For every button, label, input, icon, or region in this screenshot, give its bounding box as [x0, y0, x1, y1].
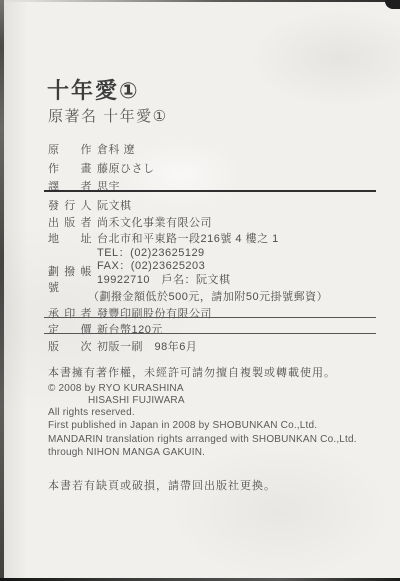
credit-row-postal-note: （劃撥金額低於500元，請加附50元掛號郵資） — [48, 289, 328, 303]
copyright-artist: HISASHI FUJIWARA — [88, 395, 185, 406]
row-divider — [44, 317, 376, 318]
replacement-notice: 本書若有缺頁或破損，請帶回出版社更換。 — [48, 477, 276, 493]
colophon-page: 十年愛① 原著名 十年愛① 原 作 倉科 遼 作 畫 藤原ひさし 譯 者 思宇 … — [0, 0, 400, 581]
scan-corner-mark — [385, 0, 400, 9]
credit-value: 尚禾文化事業有限公司 — [97, 214, 212, 230]
credit-value: 倉科 遼 — [97, 141, 135, 157]
credit-value: 初版一刷 98年6月 — [97, 338, 197, 354]
credit-label: 原 作 — [48, 141, 92, 157]
credit-label: 發行人 — [48, 197, 92, 213]
credit-value: 阮文棋 — [97, 197, 132, 213]
copyright-first-published: First published in Japan in 2008 by SHOB… — [48, 420, 317, 431]
credit-row-artist: 作 畫 藤原ひさし — [48, 161, 155, 175]
credit-row-original-author: 原 作 倉科 遼 — [48, 142, 135, 156]
credit-row-postal-account: 劃撥帳號 19922710 戶名：阮文棋 — [48, 272, 230, 286]
copyright-year-author: © 2008 by RYO KURASHINA — [48, 383, 184, 394]
copyright-translation-rights: MANDARIN translation rights arranged wit… — [48, 434, 357, 445]
copyright-statement-cjk: 本書擁有著作權，未經許可請勿擅自複製或轉載使用。 — [48, 364, 336, 380]
credit-label: 定 價 — [48, 321, 92, 337]
credit-row-publisher-company: 出版者 尚禾文化事業有限公司 — [48, 215, 212, 229]
credit-label: 出版者 — [48, 214, 92, 230]
credit-label: 版 次 — [48, 338, 92, 354]
credit-value: 發豐印刷股份有限公司 — [97, 305, 212, 321]
credit-value: 19922710 戶名：阮文棋 — [97, 271, 230, 287]
original-title: 原著名 十年愛① — [48, 105, 168, 126]
copyright-through-agency: through NIHON MANGA GAKUIN. — [48, 447, 205, 458]
credit-label: 地 址 — [48, 230, 92, 246]
credit-label: 作 畫 — [48, 160, 92, 176]
book-title: 十年愛① — [47, 74, 140, 105]
credit-label: 承印者 — [48, 305, 92, 321]
copyright-rights-reserved: All rights reserved. — [48, 407, 135, 418]
credit-row-address: 地 址 台北市和平東路一段216號 4 樓之 1 — [48, 231, 279, 245]
credit-row-publisher-person: 發行人 阮文棋 — [48, 198, 132, 212]
credit-value: 藤原ひさし — [97, 160, 155, 176]
scan-edge-top — [0, 0, 400, 2]
credit-value: 新台幣120元 — [97, 321, 163, 337]
credit-row-edition: 版 次 初版一刷 98年6月 — [48, 339, 197, 353]
credit-value: （劃撥金額低於500元，請加附50元掛號郵資） — [88, 288, 328, 304]
scan-edge-left — [0, 0, 4, 581]
section-divider — [44, 190, 376, 192]
row-divider — [44, 333, 376, 334]
